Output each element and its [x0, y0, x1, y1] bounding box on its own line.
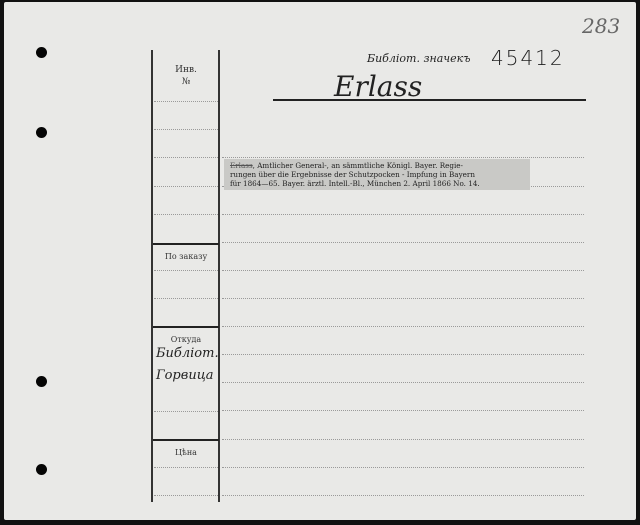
- ruled-line: [154, 298, 218, 299]
- price-label: Цѣна: [154, 448, 218, 457]
- ruled-line: [222, 467, 584, 468]
- ruled-line: [222, 157, 584, 158]
- by-order-label: По заказу: [154, 252, 218, 261]
- ruled-line: [154, 411, 218, 412]
- ruled-line: [154, 467, 218, 468]
- ruled-line: [154, 186, 218, 187]
- ruled-line: [222, 326, 584, 327]
- clipping-line-2: rungen über die Ergebnisse der Schutzpoc…: [230, 170, 526, 179]
- ruled-line: [222, 495, 584, 496]
- ruled-line: [154, 214, 218, 215]
- ruled-line: [222, 439, 584, 440]
- punch-hole: [36, 47, 47, 58]
- ruled-line: [222, 298, 584, 299]
- from-where-handwritten-1: Библіот.: [156, 346, 219, 361]
- ruled-line: [154, 129, 218, 130]
- ruled-line: [222, 214, 584, 215]
- ruled-line: [154, 157, 218, 158]
- clipping-line-1: Erlass, Amtlicher General-, an sämmtlich…: [230, 161, 526, 170]
- ruled-line: [222, 354, 584, 355]
- pasted-clipping: Erlass, Amtlicher General-, an sämmtlich…: [224, 159, 530, 190]
- heading-underline: [273, 99, 586, 101]
- column-divider: [218, 50, 220, 502]
- from-where-label: Откуда: [154, 335, 218, 344]
- page-number: 283: [582, 14, 620, 38]
- ruled-line: [154, 270, 218, 271]
- punch-hole: [36, 376, 47, 387]
- library-mark-number: 45412: [491, 46, 565, 70]
- section-divider: [153, 439, 219, 441]
- section-divider: [153, 243, 219, 245]
- ruled-line: [154, 495, 218, 496]
- clipping-line-3: für 1864—65. Bayer. ärztl. Intell.-Bl., …: [230, 179, 526, 188]
- inventory-label: Инв.: [154, 65, 218, 75]
- ruled-line: [222, 270, 584, 271]
- section-divider: [153, 326, 219, 328]
- ruled-line: [222, 410, 584, 411]
- clipping-text: , Amtlicher General-, an sämmtliche Köni…: [253, 161, 463, 170]
- catalog-card: 283 Инв. № По заказу Откуда Библіот. Гор…: [4, 2, 636, 520]
- ruled-line: [222, 382, 584, 383]
- punch-hole: [36, 127, 47, 138]
- inventory-number-sign: №: [154, 77, 218, 87]
- punch-hole: [36, 464, 47, 475]
- library-mark-label: Библіот. значекъ: [367, 52, 471, 65]
- ruled-line: [154, 101, 218, 102]
- left-column-border: [151, 50, 153, 502]
- ruled-line: [222, 242, 584, 243]
- from-where-handwritten-2: Горвица: [156, 368, 214, 383]
- struck-word: Erlass: [230, 161, 253, 170]
